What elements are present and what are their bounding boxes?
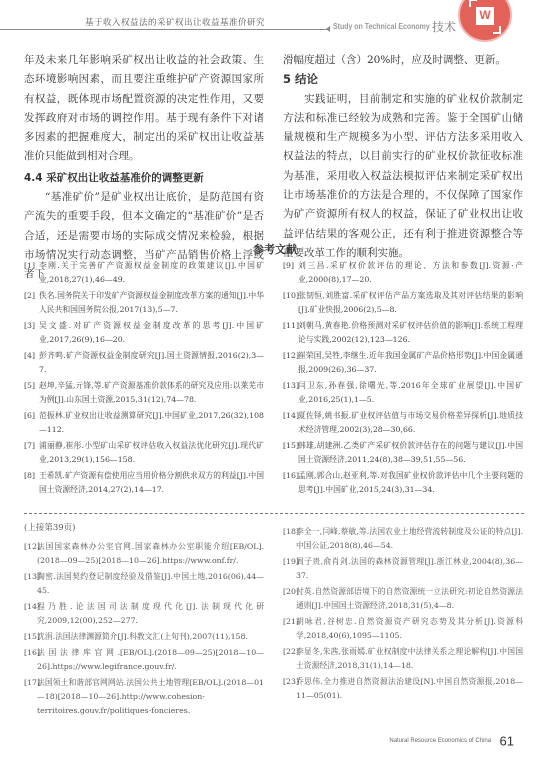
header-rule: [0, 29, 330, 30]
dashed-divider: [24, 513, 524, 514]
body-paragraph: 实践证明，目前制定和实施的矿业权价款制定方法和标准已经较为成熟和完善。鉴于全国矿…: [283, 90, 523, 264]
references-list-right: [9]刘三昌.采矿权价款评估的理论、方法和参数[J].资源·产业,2000(8)…: [283, 259, 523, 499]
reference-item: [19]周子贵,俞肖剑.法国的森林资源管理[J].浙江林业,2004(8),36…: [283, 555, 523, 583]
page-footer: Natural Resource Economics of China 61: [389, 732, 514, 750]
reference-item: [18]李全一,闫峰,蔡敏,等.法国农业土地经营流转制度及公证的特点[J].中国…: [283, 525, 523, 553]
subsection-heading: 4.4 采矿权出让收益基准价的调整更新: [24, 169, 264, 188]
continued-references-right: [18]李全一,闫峰,蔡敏,等.法国农业土地经营流转制度及公证的特点[J].中国…: [283, 525, 523, 705]
reference-item: [4]彭齐鸣.矿产资源权益金制度研究[J].国土资源情报,2016(2),3—7…: [24, 349, 264, 377]
reference-item: [9]刘三昌.采矿权价款评估的理论、方法和参数[J].资源·产业,2000(8)…: [283, 259, 523, 287]
continued-references-left: [12]法国国家森林办公室官网.国家森林办公室职能介绍[EB/OL].(2018…: [24, 540, 264, 720]
corner-bracket-icon: [493, 26, 501, 34]
section-logo: W: [458, 0, 512, 42]
reference-item: [12]崔荣国,吴牲,李继生.近年我国金属矿产品价格形势[J].中国金属通报,2…: [283, 349, 523, 377]
reference-item: [3]吴文盛.对矿产资源权益金制度改革的思考[J].中国矿业,2017,26(9…: [24, 319, 264, 347]
running-title: 基于收入权益法的采矿权出让收益基准价研究: [85, 16, 265, 28]
reference-item: [14]夏佐铎,姚书振.矿业权评估值与市场交易价格差异探析[J].地质技术经济管…: [283, 409, 523, 437]
page-header: 基于收入权益法的采矿权出让收益基准价研究 Study on Technical …: [0, 0, 550, 40]
continued-from-note: (上接第39页): [24, 521, 75, 533]
section-heading: 5 结论: [283, 70, 523, 89]
journal-name: Natural Resource Economics of China: [389, 738, 491, 744]
reference-item: [22]李显冬,朱茜,张雨嫣.矿业权制度中法律关系之理论解构[J].中国国土资源…: [283, 645, 523, 673]
corner-bracket-icon: [469, 0, 477, 7]
references-list-left: [1]李刚.关于完善矿产资源权益金制度的政策建议[J].中国矿业,2018,27…: [24, 259, 264, 499]
reference-item: [6]范振林.矿业权出让收益测算研究[J].中国矿业,2017,26(32),1…: [24, 409, 264, 437]
reference-item: [2]佚名.国务院关于印发矿产资源权益金制度改革方案的通知[J].中华人民共和国…: [24, 289, 264, 317]
reference-item: [16]孟刚,郭合山,赵亚利,等.对我国矿业权价款评估中几个主要问题的思考[J]…: [283, 469, 523, 497]
reference-item: [1]李刚.关于完善矿产资源权益金制度的政策建议[J].中国矿业,2018,27…: [24, 259, 264, 287]
reference-item: [17]法国领土和谐部官网网站.法国公共土地管理[EB/OL].(2018—01…: [24, 676, 264, 719]
page-number: 61: [500, 733, 514, 748]
reference-item: [16]法国法律库官网.[EB/OL].(2018—09—25)[2018—10…: [24, 646, 264, 674]
body-column-right: 滑幅度超过（含）20%时，应及时调整、更新。 5 结论 实践证明，目前制定和实施…: [283, 51, 523, 263]
journal-section-en: Study on Technical Economy: [333, 21, 430, 31]
reference-item: [15]韩雄,胡建洲.乙类矿产采矿权价款评估存在的问题与建议[J].中国国土资源…: [283, 439, 523, 467]
reference-item: [7]浦丽静,崔彤.小型矿山采矿权评估收入权益法优化研究[J].现代矿业,201…: [24, 439, 264, 467]
reference-item: [20]付英.自然资源部语境下的自然资源统一立法研究:初论自然资源法通则[J].…: [283, 585, 523, 613]
w-badge-icon: W: [476, 7, 494, 25]
reference-item: [11]刘朝马,黄春艳.价格预测对采矿权评估价值的影响[J].系统工程理论与实践…: [283, 319, 523, 347]
arrow-icon: [326, 26, 330, 32]
reference-item: [23]乔思伟.全力推进自然资源法治建设[N].中国自然资源报,2018—11—…: [283, 675, 523, 703]
journal-section-cn: 技术: [432, 18, 456, 35]
references-title: 参考文献: [0, 241, 550, 257]
reference-item: [12]法国国家森林办公室官网.国家森林办公室职能介绍[EB/OL].(2018…: [24, 540, 264, 568]
reference-item: [21]胡咏君,谷树忠.自然资源资产研究态势及其分析[J].资源科学,2018,…: [283, 615, 523, 643]
reference-item: [15]沈涓.法国法律渊源简介[J].科教文汇(上旬刊),2007(11),15…: [24, 630, 264, 644]
reference-item: [13]陶密.法国契约登记制度经验及借鉴[J].中国土地,2016(06),44…: [24, 570, 264, 598]
body-paragraph: 滑幅度超过（含）20%时，应及时调整、更新。: [283, 51, 523, 70]
body-paragraph: 年及未来几年影响采矿权出让收益的社会政策、生态环境影响因素，而且要注重维护矿产资…: [24, 51, 264, 167]
reference-item: [13]闫卫东,孙春强,徐曙光,等.2016年全球矿业展望[J].中国矿业,20…: [283, 379, 523, 407]
reference-item: [5]赵坤,辛猛,亓锋,等.矿产资源基准价款体系的研究及应用:以莱芜市为例[J]…: [24, 379, 264, 407]
reference-item: [8]王希凯.矿产资源有偿使用应当用价格分割供求双方的利益[J].中国国土资源经…: [24, 469, 264, 497]
reference-item: [14]程乃胜.论法国司法制度现代化[J].法制现代化研究,2009,12(00…: [24, 600, 264, 628]
reference-item: [10]张韧恒,刘胜富.采矿权评估产品方案选取及其对评估结果的影响[J].矿业快…: [283, 289, 523, 317]
